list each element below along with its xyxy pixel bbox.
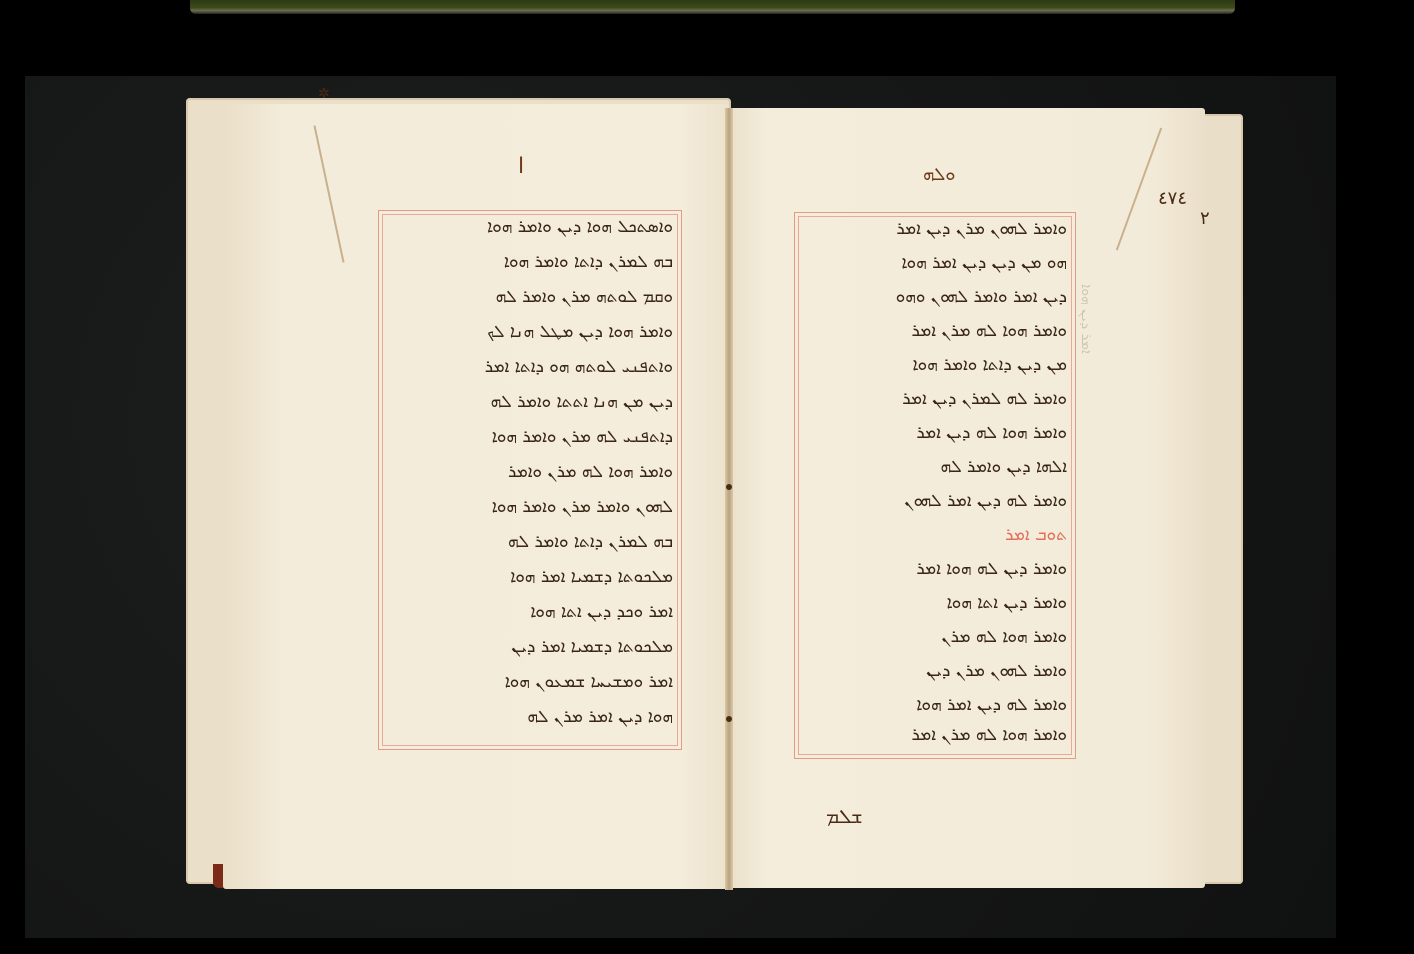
left-top-margin-mark: ا — [518, 154, 524, 179]
text-line: ܒܗ ܠܡܪܢ ܕܐܬܐ ܘܐܡܪ ܠܗ — [387, 532, 673, 560]
text-line: ܘܐܣܬܟܠ ܗܘܐ ܕܝܢ ܘܐܡܪ ܗܘܐ — [387, 217, 673, 245]
text-line: ܡܠܟܘܬܐ ܕܫܡܝܐ ܐܡܪ ܕܝܢ — [387, 637, 673, 665]
text-line: ܘܐܡܪ ܠܗ ܕܝܢ ܐܡܪ ܠܗܘܢ — [803, 491, 1067, 519]
text-line: ܗܘ ܡܢ ܕܝܢ ܕܝܢ ܐܡܪ ܗܘܐ — [803, 253, 1067, 281]
top-strip — [190, 0, 1235, 14]
text-line: ܘܐܡܪ ܠܗ ܠܡܪܢ ܕܝܢ ܐܡܪ — [803, 389, 1067, 417]
text-line: ܠܗܘܢ ܘܐܡܪ ܡܪܢ ܘܐܡܪ ܗܘܐ — [387, 497, 673, 525]
binding-stitch — [726, 716, 732, 722]
open-manuscript: ا ✲ ܘܠܗ ٤٧٤ ٢ ܫܠܡ ܐܡܪ ܕܝܢ ܗܘܐ ܘܐܣܬܟܠ ܗܘܐ… — [178, 84, 1248, 894]
catchword: ܫܠܡ — [826, 804, 863, 828]
binding-stitch — [726, 484, 732, 490]
text-line: ܘܐܡܪ ܠܗ ܕܝܢ ܐܡܪ ܗܘܐ — [803, 695, 1067, 723]
photo-frame: ا ✲ ܘܠܗ ٤٧٤ ٢ ܫܠܡ ܐܡܪ ܕܝܢ ܗܘܐ ܘܐܣܬܟܠ ܗܘܐ… — [0, 0, 1414, 954]
text-line: ܒܗ ܠܡܪܢ ܕܐܬܐ ܘܐܡܪ ܗܘܐ — [387, 252, 673, 280]
text-line: ܘܐܡܪ ܗܘܐ ܕܝܢ ܡܛܠ ܗܢܐ ܠܟ — [387, 322, 673, 350]
left-text-block: ܘܐܣܬܟܠ ܗܘܐ ܕܝܢ ܘܐܡܪ ܗܘܐ ܒܗ ܠܡܪܢ ܕܐܬܐ ܘܐܡ… — [378, 210, 682, 750]
folio-number: ٤٧٤ — [1158, 188, 1187, 209]
text-line: ܐܡܪ ܘܡܫܝܚܐ ܫܡܥܘܢ ܗܘܐ — [387, 672, 673, 700]
text-line: ܘܩܡ ܠܘܬܗ ܡܪܢ ܘܐܡܪ ܠܗ — [387, 287, 673, 315]
text-line: ܘܐܡܪ ܗܘܐ ܠܗ ܡܪܢ ܘܐܡܪ — [387, 462, 673, 490]
text-line: ܕܐܬܦܢܝ ܠܗ ܡܪܢ ܘܐܡܪ ܗܘܐ — [387, 427, 673, 455]
text-line: ܐܡܪ ܘܟܕ ܕܝܢ ܐܬܐ ܗܘܐ — [387, 602, 673, 630]
text-line: ܕܝܢ ܐܡܪ ܘܐܡܪ ܠܗܘܢ ܘܗܘ — [803, 287, 1067, 315]
right-text-block: ܘܐܡܪ ܠܗܘܢ ܡܪܢ ܕܝܢ ܐܡܪ ܗܘ ܡܢ ܕܝܢ ܕܝܢ ܐܡܪ … — [794, 212, 1076, 759]
rubric-line: ܬܘܒ ܐܡܪ — [803, 525, 1067, 553]
faint-margin-note: ܐܡܪ ܕܝܢ ܗܘܐ — [1078, 284, 1094, 354]
text-line: ܡܢ ܕܝܢ ܕܐܬܐ ܘܐܡܪ ܗܘܐ — [803, 355, 1067, 383]
text-line: ܘܐܬܦܢܝ ܠܘܬܗ ܗܘ ܕܐܬܐ ܐܡܪ — [387, 357, 673, 385]
right-top-margin-mark: ܘܠܗ — [923, 164, 955, 185]
edge-mark: ٢ — [1200, 208, 1210, 229]
gutter — [725, 108, 733, 890]
text-line: ܘܐܡܪ ܗܘܐ ܠܗ ܡܪܢ ܐܡܪ — [803, 725, 1067, 753]
text-line: ܘܐܡܪ ܕܝܢ ܠܗ ܗܘܐ ܐܡܪ — [803, 559, 1067, 587]
text-line: ܘܐܡܪ ܗܘܐ ܠܗ ܕܝܢ ܐܡܪ — [803, 423, 1067, 451]
corner-mark: ✲ — [318, 86, 330, 102]
text-line: ܗܘܐ ܕܝܢ ܐܡܪ ܡܪܢ ܠܗ — [387, 707, 673, 735]
text-line: ܘܐܡܪ ܕܝܢ ܐܬܐ ܗܘܐ — [803, 593, 1067, 621]
text-line: ܡܠܟܘܬܐ ܕܫܡܝܐ ܐܡܪ ܗܘܐ — [387, 567, 673, 595]
text-line: ܘܐܡܪ ܗܘܐ ܠܗ ܡܪܢ ܐܡܪ — [803, 321, 1067, 349]
text-line: ܘܐܡܪ ܠܗܘܢ ܡܪܢ ܕܝܢ — [803, 661, 1067, 689]
text-line: ܐܠܗܐ ܕܝܢ ܘܐܡܪ ܠܗ — [803, 457, 1067, 485]
text-line: ܘܐܡܪ ܗܘܐ ܠܗ ܡܪܢ — [803, 627, 1067, 655]
text-line: ܕܝܢ ܡܢ ܗܢܐ ܐܬܬܐ ܘܐܡܪ ܠܗ — [387, 392, 673, 420]
text-line: ܘܐܡܪ ܠܗܘܢ ܡܪܢ ܕܝܢ ܐܡܪ — [803, 219, 1067, 247]
